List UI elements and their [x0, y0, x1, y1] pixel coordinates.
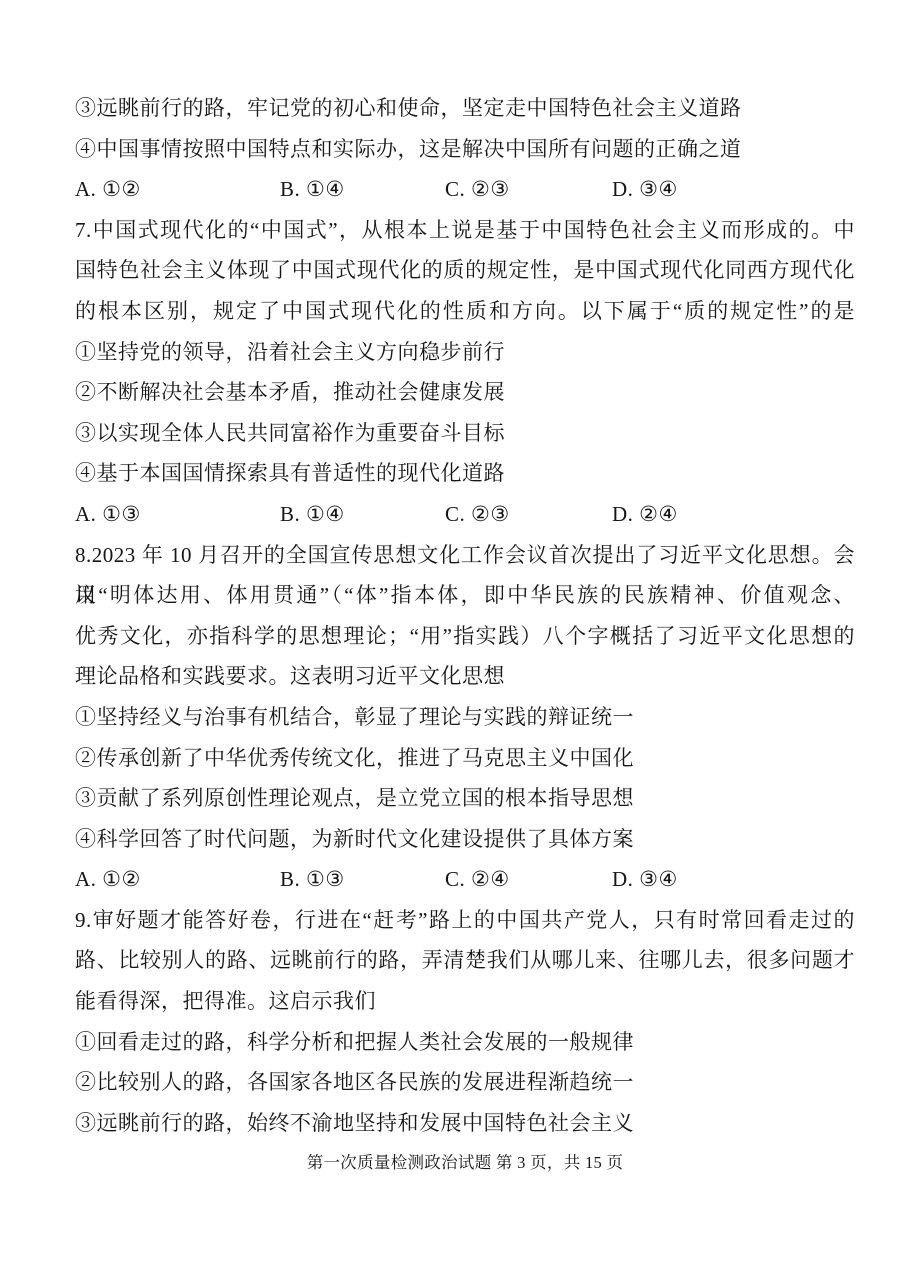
choice-label: D. ②④ [612, 494, 678, 535]
text-line: ③以实现全体人民共同富裕作为重要奋斗目标 [75, 413, 855, 454]
text-line: 7.中国式现代化的“中国式”，从根本上说是基于中国特色社会主义而形成的。中 [75, 210, 855, 251]
text-line: 用“明体达用、体用贯通”（“体”指本体，即中华民族的民族精神、价值观念、 [75, 575, 855, 616]
text-line: ②比较别人的路，各国家各地区各民族的发展进程渐趋统一 [75, 1062, 855, 1103]
text-line: 国特色社会主义体现了中国式现代化的质的规定性，是中国式现代化同西方现代化 [75, 250, 855, 291]
choice-label: C. ②④ [445, 859, 612, 900]
choice-row: A. ①②B. ①④C. ②③D. ③④ [75, 169, 855, 210]
text-line: 路、比较别人的路、远眺前行的路，弄清楚我们从哪儿来、往哪儿去，很多问题才 [75, 940, 855, 981]
text-line: 优秀文化，亦指科学的思想理论；“用”指实践）八个字概括了习近平文化思想的 [75, 616, 855, 657]
text-line: ①回看走过的路，科学分析和把握人类社会发展的一般规律 [75, 1022, 855, 1063]
exam-content: ③远眺前行的路，牢记党的初心和使命，坚定走中国特色社会主义道路④中国事情按照中国… [75, 88, 855, 1184]
exam-paper-page: ③远眺前行的路，牢记党的初心和使命，坚定走中国特色社会主义道路④中国事情按照中国… [0, 0, 900, 1271]
text-line: 理论品格和实践要求。这表明习近平文化思想 [75, 656, 855, 697]
text-line: ③贡献了系列原创性理论观点，是立党立国的根本指导思想 [75, 778, 855, 819]
text-line: ②传承创新了中华优秀传统文化，推进了马克思主义中国化 [75, 738, 855, 779]
choice-label: A. ①② [75, 169, 280, 210]
choice-label: C. ②③ [445, 169, 612, 210]
choice-row: A. ①②B. ①③C. ②④D. ③④ [75, 859, 855, 900]
text-line: ④中国事情按照中国特点和实际办，这是解决中国所有问题的正确之道 [75, 129, 855, 170]
choice-label: C. ②③ [445, 494, 612, 535]
choice-label: A. ①③ [75, 494, 280, 535]
choice-label: B. ①③ [280, 859, 445, 900]
text-line: ①坚持党的领导，沿着社会主义方向稳步前行 [75, 332, 855, 373]
text-line: 能看得深，把得准。这启示我们 [75, 981, 855, 1022]
text-line: ③远眺前行的路，始终不渝地坚持和发展中国特色社会主义 [75, 1103, 855, 1144]
text-line: ②不断解决社会基本矛盾，推动社会健康发展 [75, 372, 855, 413]
text-line: ④基于本国国情探索具有普适性的现代化道路 [75, 453, 855, 494]
choice-label: B. ①④ [280, 494, 445, 535]
page-footer: 第一次质量检测政治试题 第 3 页，共 15 页 [75, 1143, 855, 1184]
choice-label: D. ③④ [612, 859, 678, 900]
text-line: ①坚持经义与治事有机结合，彰显了理论与实践的辩证统一 [75, 697, 855, 738]
choice-label: B. ①④ [280, 169, 445, 210]
choice-label: D. ③④ [612, 169, 678, 210]
choice-label: A. ①② [75, 859, 280, 900]
text-line: 9.审好题才能答好卷，行进在“赶考”路上的中国共产党人，只有时常回看走过的 [75, 900, 855, 941]
choice-row: A. ①③B. ①④C. ②③D. ②④ [75, 494, 855, 535]
text-line: 的根本区别，规定了中国式现代化的性质和方向。以下属于“质的规定性”的是 [75, 291, 855, 332]
text-line: ④科学回答了时代问题，为新时代文化建设提供了具体方案 [75, 819, 855, 860]
text-line: ③远眺前行的路，牢记党的初心和使命，坚定走中国特色社会主义道路 [75, 88, 855, 129]
text-line: 8.2023 年 10 月召开的全国宣传思想文化工作会议首次提出了习近平文化思想… [75, 535, 855, 576]
